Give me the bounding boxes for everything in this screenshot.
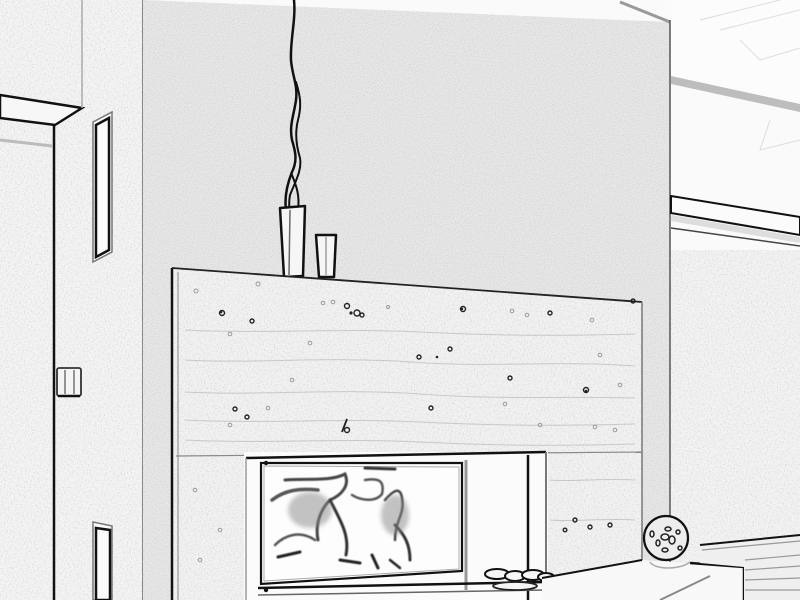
light-switch — [57, 368, 81, 396]
interior-sketch — [0, 0, 800, 600]
right-room — [671, 0, 800, 600]
wall-niche-upper — [93, 112, 112, 262]
short-vase — [316, 235, 336, 277]
left-room-wall — [0, 0, 145, 600]
tall-vase — [280, 206, 305, 277]
wall-niche-lower — [93, 522, 112, 600]
